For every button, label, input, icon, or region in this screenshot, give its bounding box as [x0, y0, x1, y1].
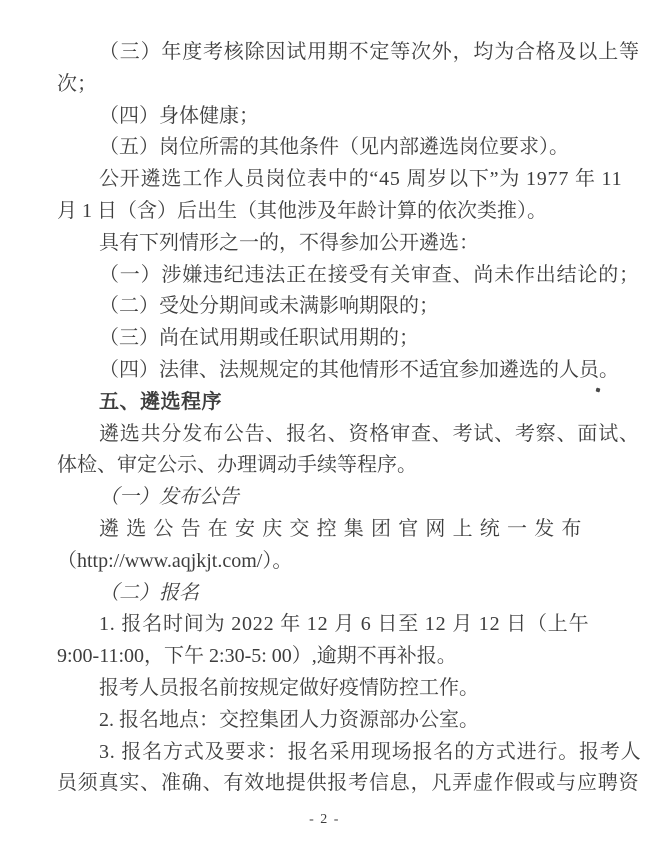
text-line: 遴选共分发布公告、报名、资格审查、考试、考察、面试、: [57, 419, 607, 451]
text-line: 次；: [57, 69, 607, 101]
text-line: （http://www.aqjkjt.com/）。: [57, 546, 607, 578]
text-line: 公开遴选工作人员岗位表中的“45 周岁以下”为 1977 年 11: [57, 164, 607, 196]
text-line: （三）尚在试用期或任职试用期的；: [57, 323, 607, 355]
text-line: 月 1 日（含）后出生（其他涉及年龄计算的依次类推）。: [57, 196, 607, 228]
text-line: （五）岗位所需的其他条件（见内部遴选岗位要求）。: [57, 132, 607, 164]
text-line: （三）年度考核除因试用期不定等次外，均为合格及以上等: [57, 37, 607, 69]
text-line: （一）涉嫌违纪违法正在接受有关审查、尚未作出结论的；: [57, 260, 607, 292]
text-line: （一）发布公告: [57, 482, 607, 514]
text-line: （二）报名: [57, 578, 607, 610]
text-line: 报考人员报名前按规定做好疫情防控工作。: [57, 673, 607, 705]
text-line: 3. 报名方式及要求：报名采用现场报名的方式进行。报考人: [57, 737, 607, 769]
text-line: 员须真实、准确、有效地提供报考信息，凡弄虚作假或与应聘资: [57, 768, 607, 800]
document-body: （三）年度考核除因试用期不定等次外，均为合格及以上等次；（四）身体健康；（五）岗…: [57, 37, 607, 800]
text-line: （二）受处分期间或未满影响期限的；: [57, 291, 607, 323]
text-line: 五、遴选程序: [57, 387, 607, 419]
text-line: 遴选公告在安庆交控集团官网上统一发布: [57, 514, 607, 546]
text-line: 具有下列情形之一的，不得参加公开遴选：: [57, 228, 607, 260]
text-line: 2. 报名地点：交控集团人力资源部办公室。: [57, 705, 607, 737]
text-line: （四）法律、法规规定的其他情形不适宜参加遴选的人员。: [57, 355, 607, 387]
text-line: 9:00-11:00，下午 2:30-5: 00）,逾期不再补报。: [57, 641, 607, 673]
text-line: 体检、审定公示、办理调动手续等程序。: [57, 450, 607, 482]
page-number: - 2 -: [0, 812, 649, 828]
text-line: 1. 报名时间为 2022 年 12 月 6 日至 12 月 12 日（上午: [57, 609, 607, 641]
document-page: （三）年度考核除因试用期不定等次外，均为合格及以上等次；（四）身体健康；（五）岗…: [0, 0, 649, 854]
text-line: （四）身体健康；: [57, 101, 607, 133]
